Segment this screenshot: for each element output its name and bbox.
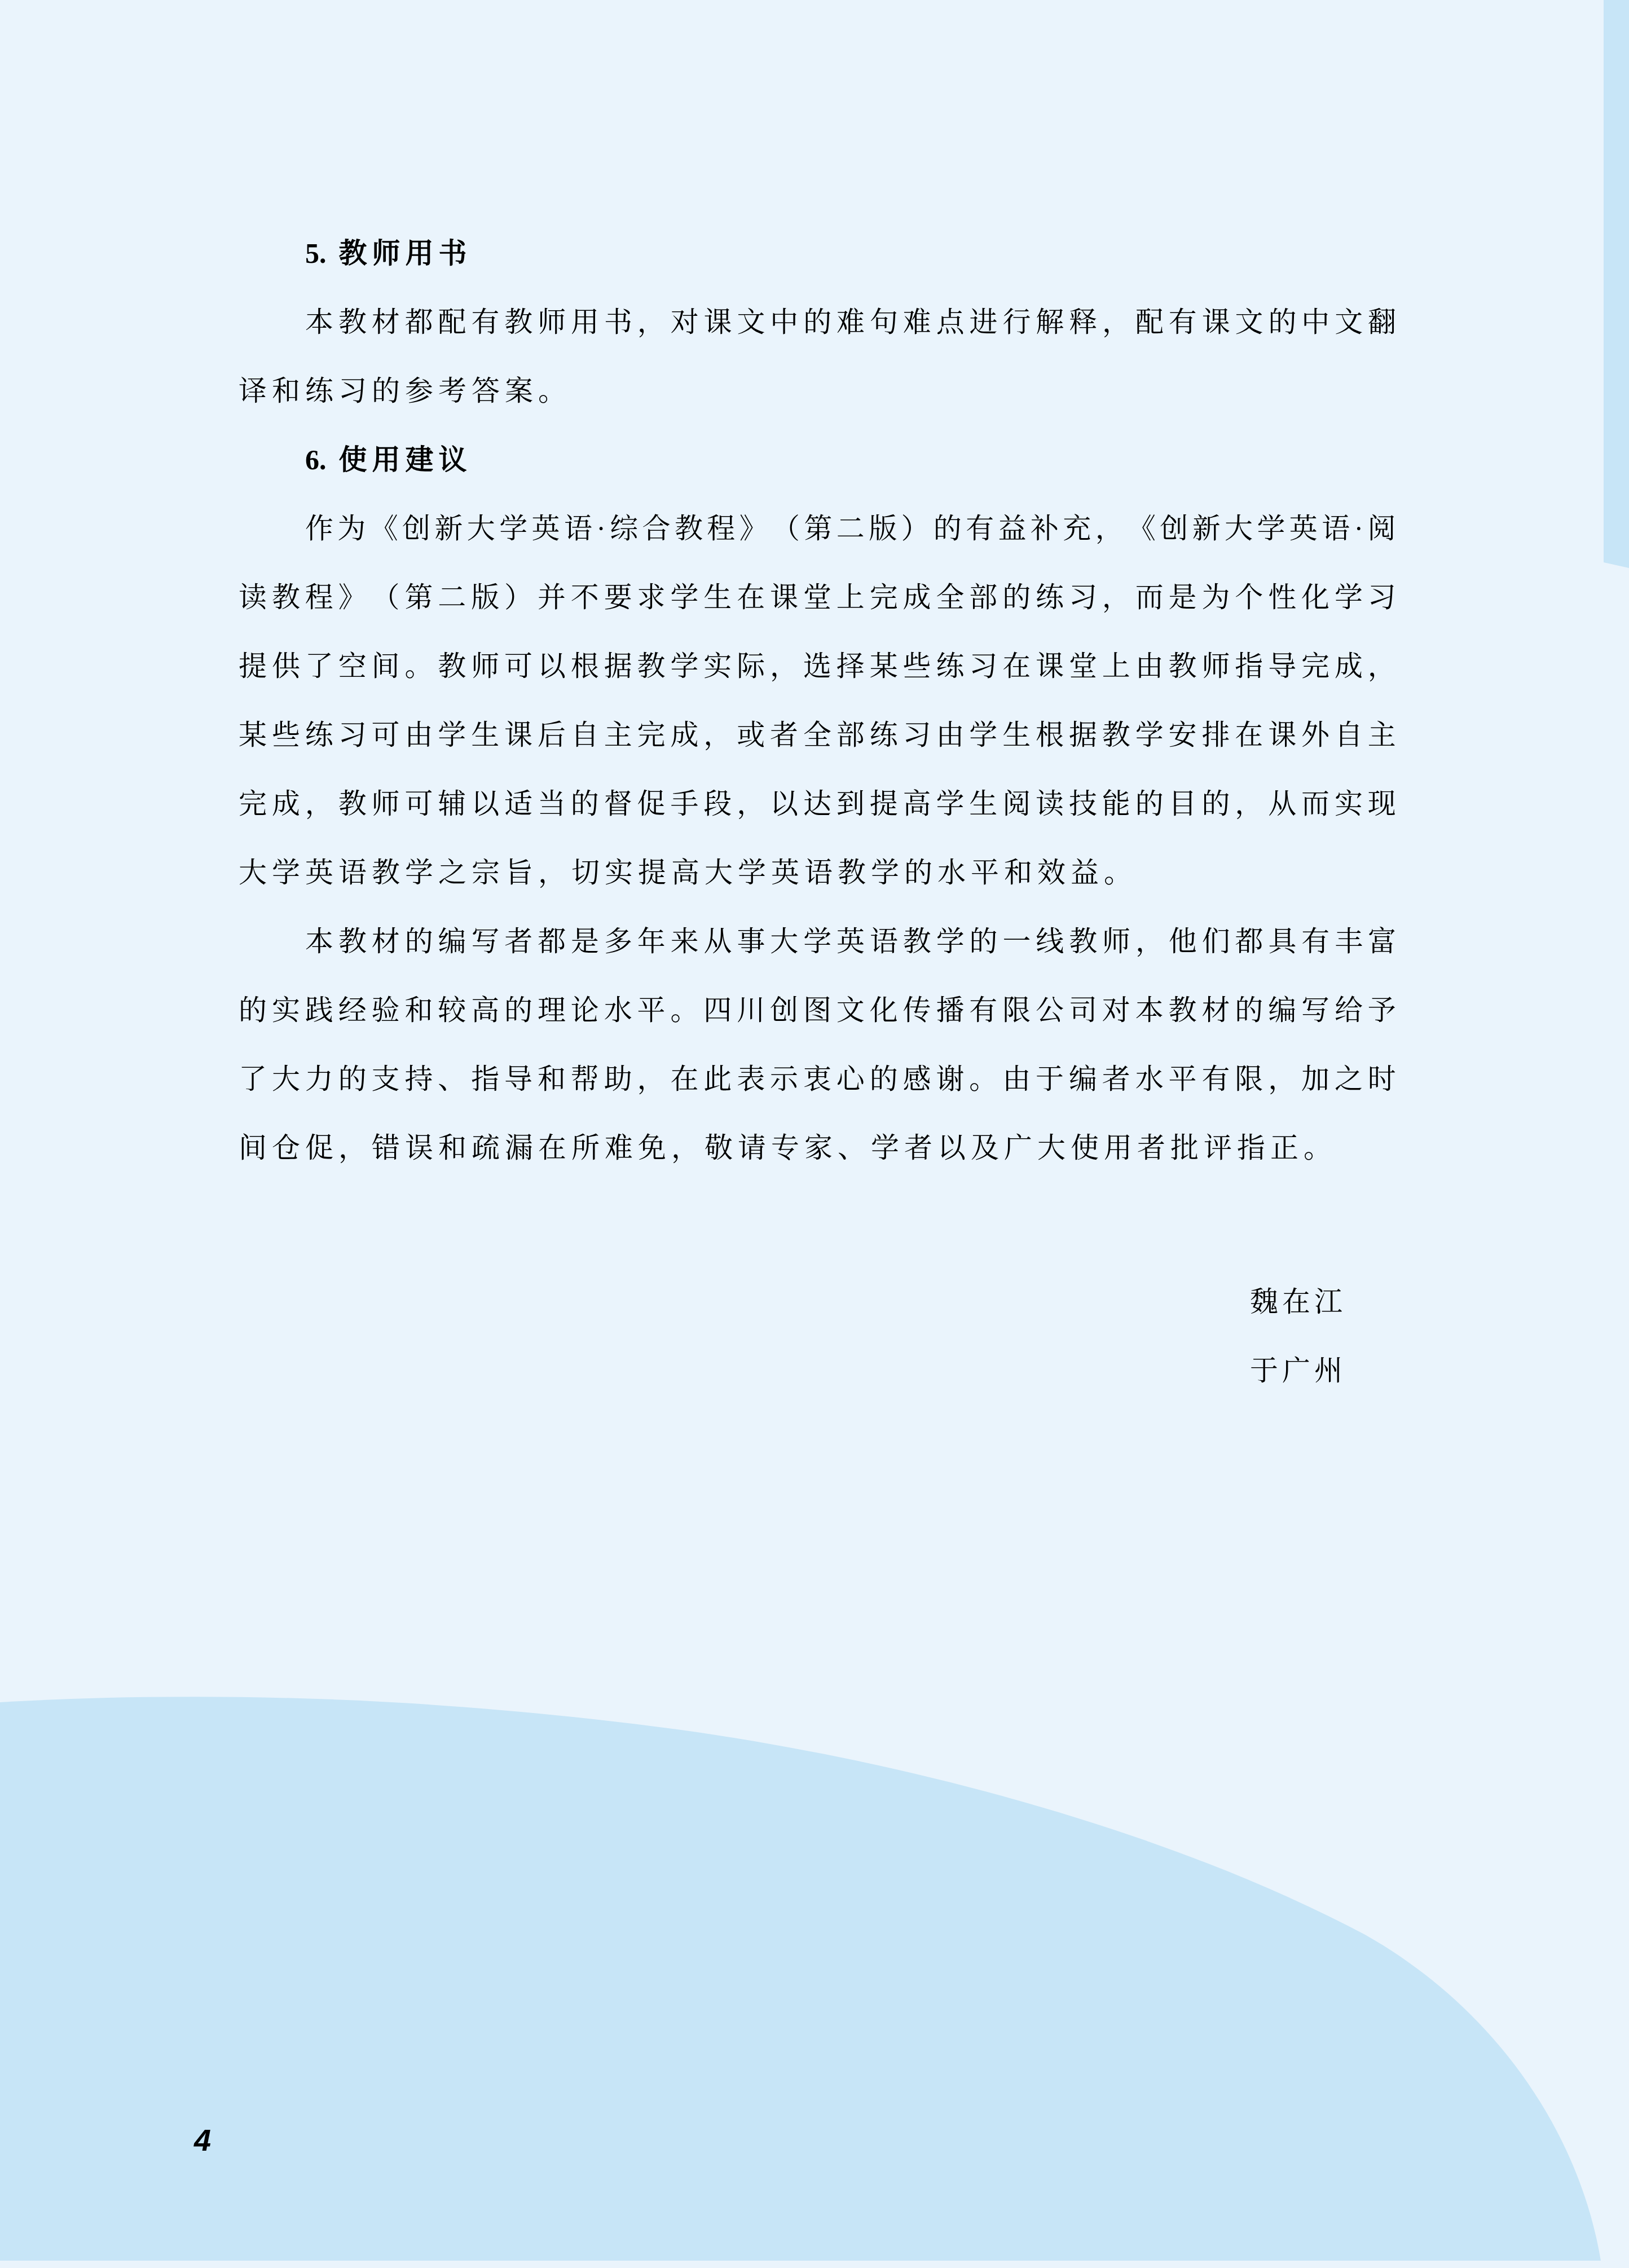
signature-line: 魏在江 bbox=[239, 1267, 1346, 1336]
text-line: 了大力的支持、指导和帮助，在此表示衷心的感谢。由于编者水平有限，加之时 bbox=[239, 1045, 1396, 1113]
document-page: 5.教师用书本教材都配有教师用书，对课文中的难句难点进行解释，配有课文的中文翻译… bbox=[0, 0, 1629, 2268]
text-column: 5.教师用书本教材都配有教师用书，对课文中的难句难点进行解释，配有课文的中文翻译… bbox=[239, 219, 1396, 1182]
heading-label: 教师用书 bbox=[339, 237, 472, 269]
page-number: 4 bbox=[194, 2125, 211, 2156]
text-line: 本教材的编写者都是多年来从事大学英语教学的一线教师，他们都具有丰富 bbox=[239, 907, 1396, 976]
heading-label: 使用建议 bbox=[339, 444, 472, 475]
signature-block: 魏在江于广州 bbox=[239, 1267, 1396, 1405]
text-line: 某些练习可由学生课后自主完成，或者全部练习由学生根据教学安排在课外自主 bbox=[239, 701, 1396, 769]
signature-line: 于广州 bbox=[239, 1336, 1346, 1405]
heading-number: 5. bbox=[239, 237, 327, 269]
section-heading: 6.使用建议 bbox=[239, 425, 1396, 494]
heading-number: 6. bbox=[239, 444, 327, 475]
text-line: 完成，教师可辅以适当的督促手段，以达到提高学生阅读技能的目的，从而实现 bbox=[239, 769, 1396, 838]
text-line: 间仓促，错误和疏漏在所难免，敬请专家、学者以及广大使用者批评指正。 bbox=[239, 1113, 1396, 1182]
section-heading: 5.教师用书 bbox=[239, 219, 1396, 288]
bottom-ellipse-shape bbox=[0, 1697, 1601, 2261]
top-right-band-decoration bbox=[1604, 0, 1629, 568]
text-line: 本教材都配有教师用书，对课文中的难句难点进行解释，配有课文的中文翻 bbox=[239, 288, 1396, 356]
text-line: 作为《创新大学英语·综合教程》（第二版）的有益补充，《创新大学英语·阅 bbox=[239, 494, 1396, 563]
text-line: 大学英语教学之宗旨，切实提高大学英语教学的水平和效益。 bbox=[239, 838, 1396, 907]
text-line: 提供了空间。教师可以根据教学实际，选择某些练习在课堂上由教师指导完成， bbox=[239, 632, 1396, 701]
text-line: 读教程》（第二版）并不要求学生在课堂上完成全部的练习，而是为个性化学习 bbox=[239, 563, 1396, 632]
text-line: 的实践经验和较高的理论水平。四川创图文化传播有限公司对本教材的编写给予 bbox=[239, 976, 1396, 1045]
text-line: 译和练习的参考答案。 bbox=[239, 356, 1396, 425]
